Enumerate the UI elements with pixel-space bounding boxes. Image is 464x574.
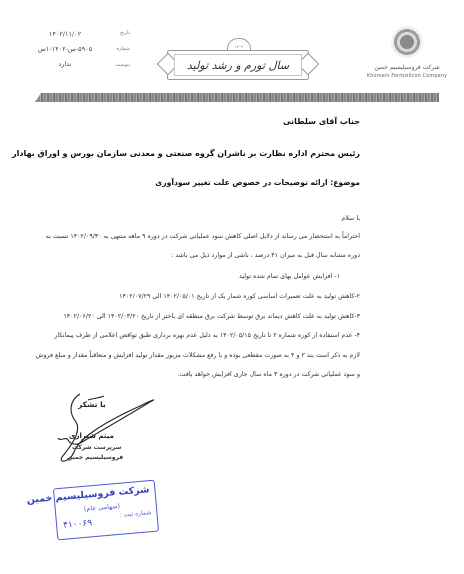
intro-line-1: احتراماً به استحضار می رساند از دلایل اص… (46, 233, 360, 240)
addressee-title: رئیس محترم اداره نظارت بر ناشران گروه صن… (12, 149, 360, 158)
addressee-name: جناب آقای سلطانی (283, 117, 360, 126)
date-label: تاریخ (100, 30, 130, 36)
number-value: ۵۹۰۵-س-۱۴۰۲-۱س (30, 45, 100, 53)
stamp-title: شرکت فروسیلیسیم خمین (26, 484, 150, 506)
signature-thanks: با تشکر (78, 400, 106, 409)
company-name-en: Khomein Ferrosilicon Company (362, 73, 452, 79)
signatory-role-1: سرپرست شرکت (72, 444, 121, 451)
subject-line: موضوع: ارائه توضیحات در خصوص علت تغییر س… (155, 178, 360, 187)
company-name-fa: شرکت فروسیلیسیم خمین (362, 64, 452, 71)
slogan-text: سال تورم و رشد تولید (174, 54, 302, 76)
stamp-registration-number: ۴۱۰۰۶۹ (63, 518, 93, 530)
stamp-subtitle: (سهامی عام) (83, 502, 120, 513)
closing-line-1: لازم به ذکر است بند ۲ و ۴ به صورت مقطعی … (36, 352, 360, 359)
list-item-2: ۲-کاهش تولید به علت تعمیرات اساسی کوره ش… (119, 293, 360, 300)
header-divider-stripe (35, 93, 439, 102)
number-label: شماره (100, 46, 130, 52)
attachment-label: پیوست (100, 62, 130, 68)
greeting: با سلام (341, 215, 360, 222)
slogan-banner: سال تورم و رشد تولید (167, 50, 309, 80)
date-value: ۱۴۰۲/۱۱/۰۲ (30, 30, 100, 38)
company-stamp: شرکت فروسیلیسیم خمین (سهامی عام) شماره ث… (53, 480, 159, 541)
attachment-value: ندارد (30, 60, 100, 68)
signatory-name: میثم شیرازی (69, 432, 114, 440)
stamp-registration-label: شماره ثبت : (120, 509, 152, 519)
list-item-4: ۴- عدم استفاده از کوره شماره ۲ تا تاریخ … (54, 332, 360, 339)
closing-line-2: و سود عملیاتی شرکت در دوره ۳ ماه سال جار… (178, 371, 360, 378)
list-item-3: ۳-کاهش تولید به علت کاهش دیماند برق توسط… (63, 313, 360, 320)
company-logo-icon (391, 26, 423, 58)
intro-line-2: دوره مشابه سال قبل به میزان ۴۱ درصد ، نا… (171, 252, 360, 259)
signatory-role-2: فروسیلیسیم خمین (67, 454, 123, 461)
list-item-1: ۱- افزایش عوامل بهای تمام شده تولید (239, 273, 340, 280)
